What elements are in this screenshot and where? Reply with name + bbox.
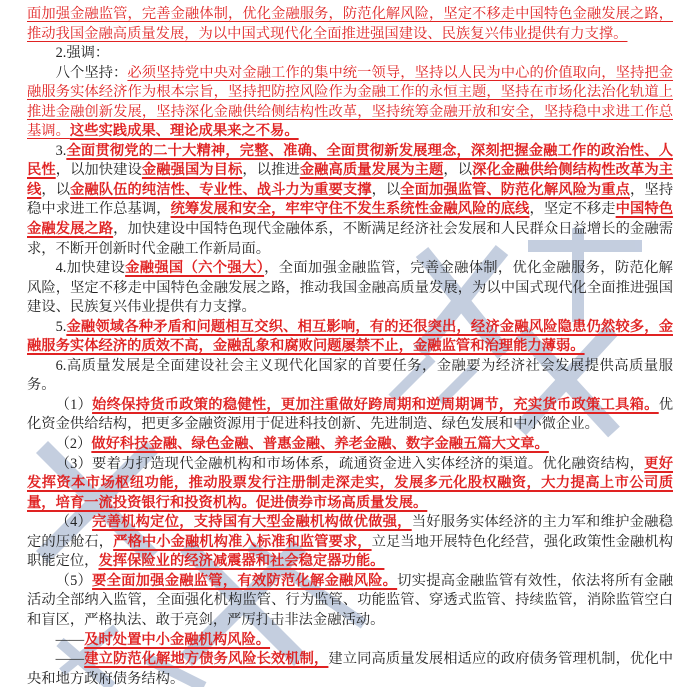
text-run: ，以 — [41, 182, 70, 198]
para-sub-2: （2）做好科技金融、绿色金融、普惠金融、养老金融、数字金融五篇大文章。 — [27, 435, 673, 455]
text-run: 5. — [56, 319, 67, 335]
para-sub-4: （4）完善机构定位，支持国有大型金融机构做优做强，当好服务实体经济的主力军和维护… — [27, 513, 673, 572]
text-run: 统筹发展和安全，牢牢守住不发生系统性金融风险的底线 — [171, 201, 530, 217]
text-run: 金融领域各种矛盾和问题相互交织、相互影响，有的还很突出，经济金融风险隐患仍然较多… — [27, 319, 673, 355]
text-run: 建立防范化解地方债务风险长效机制， — [84, 651, 328, 667]
text-run: 3. — [56, 143, 67, 159]
para-sub-5: （5）要全面加强金融监管，有效防范化解金融风险。切实提高金融监管有效性，依法将所… — [27, 572, 673, 631]
text-run: ，加快建设中国特色现代金融体系，不断满足经济社会发展和人民群众日益增长的金融需求… — [27, 221, 673, 257]
para-continuation: 面加强金融监管，完善金融体制，优化金融服务，防范化解风险，坚定不移走中国特色金融… — [27, 5, 673, 44]
text-run: 6.高质量发展是全面建设社会主义现代化国家的首要任务，金融要为经济社会发展提供高… — [27, 358, 673, 394]
text-run: 金融高质量发展为主题 — [300, 162, 444, 178]
text-run: 完善机构定位，支持国有大型金融机构做优做强， — [92, 514, 412, 530]
text-run: 4.加快建设 — [56, 260, 126, 276]
text-run: （2） — [56, 436, 92, 452]
text-run: 这些实践成果、理论成果来之不易。 — [70, 123, 299, 139]
para-dash-1: ——及时处置中小金融机构风险。 — [27, 631, 673, 651]
para-dash-2: ——建立防范化解地方债务风险长效机制，建立同高质量发展相适应的政府债务管理机制，… — [27, 650, 673, 687]
text-run: ，坚定不移走 — [530, 201, 616, 217]
text-run: 2.强调： — [56, 45, 110, 61]
text-run: 发挥保险业的经济减震器和社会稳定器功能。 — [98, 553, 384, 569]
para-heading-2: 2.强调： — [27, 44, 673, 64]
document-body: 面加强金融监管，完善金融体制，优化金融服务，防范化解风险，坚定不移走中国特色金融… — [0, 0, 697, 687]
para-eight-insists: 八个坚持：必须坚持党中央对金融工作的集中统一领导，坚持以人民为中心的价值取向，坚… — [27, 64, 673, 142]
text-run: —— — [56, 632, 85, 648]
text-run: 八个坚持： — [56, 65, 128, 81]
para-item-3: 3.全面贯彻党的二十大精神，完整、准确、全面贯彻新发展理念，深刻把握金融工作的政… — [27, 142, 673, 259]
document-page: 面加强金融监管，完善金融体制，优化金融服务，防范化解风险，坚定不移走中国特色金融… — [0, 0, 697, 687]
para-item-5: 5.金融领域各种矛盾和问题相互交织、相互影响，有的还很突出，经济金融风险隐患仍然… — [27, 318, 673, 357]
text-run: 及时处置中小金融机构风险。 — [84, 632, 270, 648]
para-sub-3: （3）要着力打造现代金融机构和市场体系，疏通资金进入实体经济的渠道。优化融资结构… — [27, 455, 673, 514]
para-item-6: 6.高质量发展是全面建设社会主义现代化国家的首要任务，金融要为经济社会发展提供高… — [27, 357, 673, 396]
text-run: 严格中小金融机构准入标准和监管要求， — [113, 534, 371, 550]
text-run: （5） — [56, 573, 92, 589]
para-item-4: 4.加快建设金融强国（六个强大），全面加强金融监管，完善金融体制，优化金融服务，… — [27, 259, 673, 318]
text-run: （1） — [56, 397, 92, 413]
text-run: 始终保持货币政策的稳健性，更加注重做好跨周期和逆周期调节，充实货币政策工具箱。 — [92, 397, 659, 413]
text-run: ，以 — [372, 182, 401, 198]
text-run: 全面加强监管、防范化解风险为重点 — [400, 182, 630, 198]
text-run: （4） — [56, 514, 92, 530]
text-run: 做好科技金融、绿色金融、普惠金融、养老金融、数字金融五篇大文章。 — [91, 436, 549, 452]
text-run: （3）要着力打造现代金融机构和市场体系，疏通资金进入实体经济的渠道。优化融资结构… — [56, 456, 645, 472]
text-run: —— — [56, 651, 85, 667]
para-sub-1: （1）始终保持货币政策的稳健性，更加注重做好跨周期和逆周期调节，充实货币政策工具… — [27, 396, 673, 435]
text-run: 要全面加强金融监管，有效防范化解金融风险。 — [92, 573, 397, 589]
text-run: ，以推进 — [242, 162, 299, 178]
text-run: ，以 — [443, 162, 472, 178]
text-run: 面加强金融监管，完善金融体制，优化金融服务，防范化解风险，坚定不移走中国特色金融… — [27, 6, 673, 42]
text-run: ，以加快建设 — [56, 162, 142, 178]
text-run: 金融强国为目标 — [142, 162, 243, 178]
text-run: 金融队伍的纯洁性、专业性、战斗力为重要支撑 — [70, 182, 372, 198]
text-run: 金融强国（六个强大） — [125, 260, 264, 276]
